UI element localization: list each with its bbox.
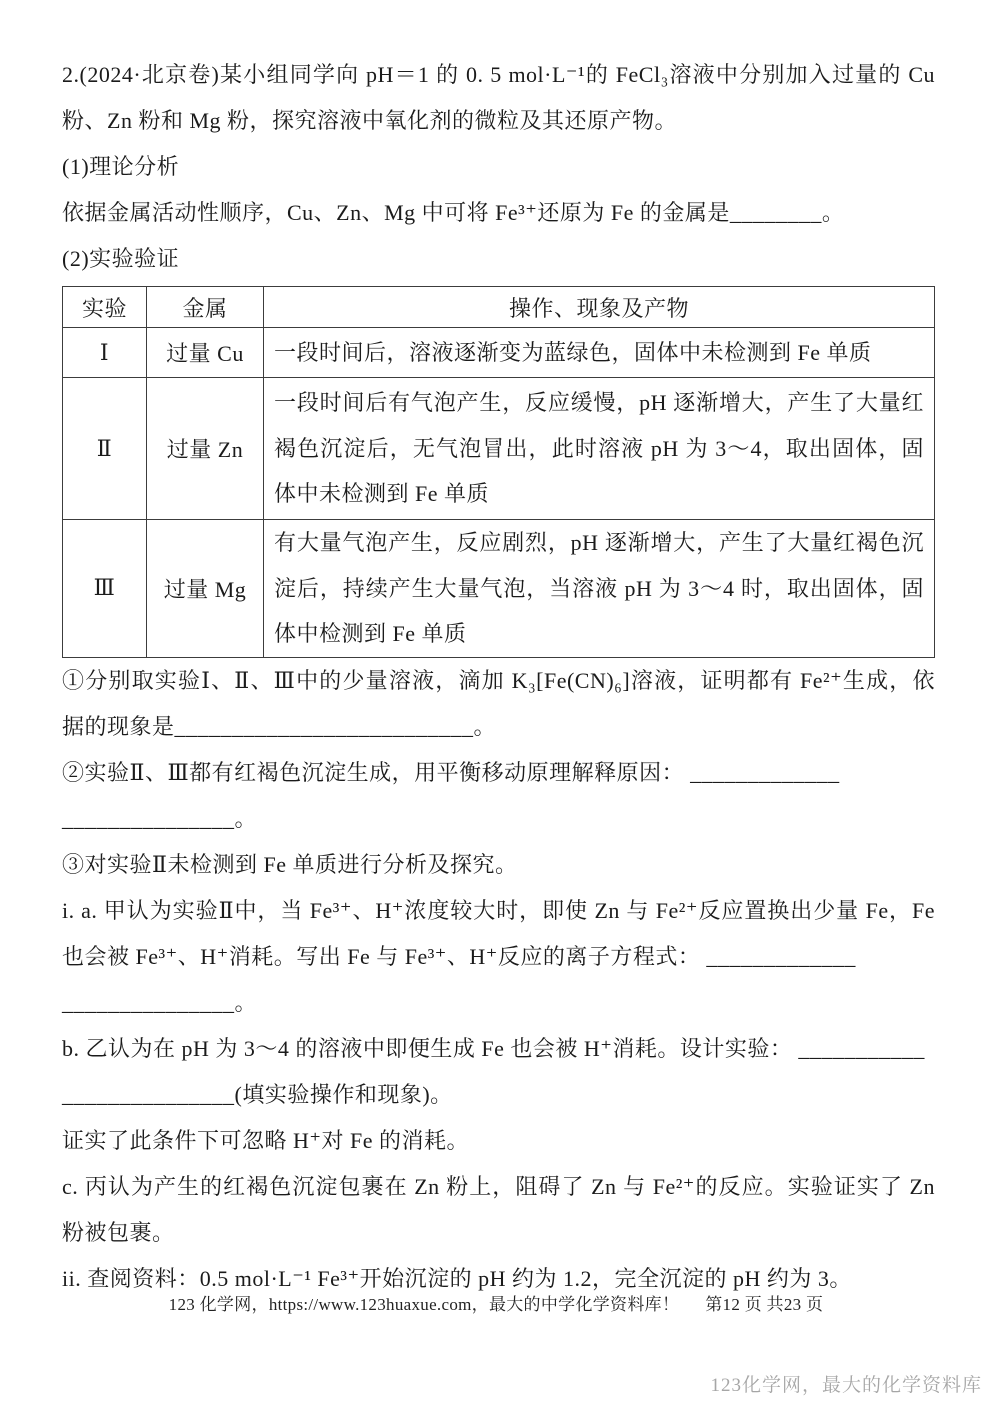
watermark-text: 123化学网，最大的化学资料库 [710, 1370, 982, 1397]
exam-page: 2.(2024·北京卷)某小组同学向 pH＝1 的 0. 5 mol·L⁻¹的 … [0, 0, 992, 1403]
observation-cell: 一段时间后有气泡产生，反应缓慢，pH 逐渐增大，产生了大量红褐色沉淀后，无气泡冒… [264, 378, 935, 520]
question-stem-line-1: 2.(2024·北京卷)某小组同学向 pH＝1 的 0. 5 mol·L⁻¹的 … [62, 52, 935, 98]
note-1-line-2: 据的现象是__________________________。 [62, 704, 935, 750]
note-3-heading: ③对实验Ⅱ未检测到 Fe 单质进行分析及探究。 [62, 842, 935, 888]
observation-cell: 一段时间后，溶液逐渐变为蓝绿色，固体中未检测到 Fe 单质 [264, 328, 935, 378]
question-stem-line-2: 粉、Zn 粉和 Mg 粉，探究溶液中氧化剂的微粒及其还原产物。 [62, 98, 935, 144]
table-row: Ⅰ 过量 Cu 一段时间后，溶液逐渐变为蓝绿色，固体中未检测到 Fe 单质 [63, 328, 935, 378]
table-header-metal: 金属 [147, 287, 264, 328]
footer-site-text: 123 化学网，https://www.123huaxue.com，最大的中学化… [169, 1295, 680, 1314]
hypothesis-b-conclusion: 证实了此条件下可忽略 H⁺对 Fe 的消耗。 [62, 1118, 935, 1164]
question-block: 2.(2024·北京卷)某小组同学向 pH＝1 的 0. 5 mol·L⁻¹的 … [62, 52, 935, 1302]
observation-cell: 有大量气泡产生，反应剧烈，pH 逐渐增大，产生了大量红褐色沉淀后，持续产生大量气… [264, 520, 935, 658]
note-2-line-1: ②实验Ⅱ、Ⅲ都有红褐色沉淀生成，用平衡移动原理解释原因： ___________… [62, 750, 935, 796]
metal-cell: 过量 Mg [147, 520, 264, 658]
note-1-line-1: ①分别取实验Ⅰ、Ⅱ、Ⅲ中的少量溶液，滴加 K₃[Fe(CN)₆]溶液，证明都有 … [62, 658, 935, 704]
table-header-experiment: 实验 [63, 287, 147, 328]
experiment-table: 实验 金属 操作、现象及产物 Ⅰ 过量 Cu 一段时间后，溶液逐渐变为蓝绿色，固… [62, 286, 935, 658]
table-header-observation: 操作、现象及产物 [264, 287, 935, 328]
hypothesis-b-line-2: _______________(填实验操作和现象)。 [62, 1072, 935, 1118]
hypothesis-b-line-1: b. 乙认为在 pH 为 3～4 的溶液中即便生成 Fe 也会被 H⁺消耗。设计… [62, 1026, 935, 1072]
hypothesis-c-line-1: c. 丙认为产生的红褐色沉淀包裹在 Zn 粉上，阻碍了 Zn 与 Fe²⁺的反应… [62, 1164, 935, 1210]
footer: 123 化学网，https://www.123huaxue.com，最大的中学化… [0, 1288, 992, 1322]
table-row: Ⅱ 过量 Zn 一段时间后有气泡产生，反应缓慢，pH 逐渐增大，产生了大量红褐色… [63, 378, 935, 520]
footer-page-number: 第12 页 共23 页 [705, 1295, 823, 1314]
part-2-heading: (2)实验验证 [62, 236, 935, 282]
table-header-row: 实验 金属 操作、现象及产物 [63, 287, 935, 328]
hypothesis-a-line-2: 也会被 Fe³⁺、H⁺消耗。写出 Fe 与 Fe³⁺、H⁺反应的离子方程式： _… [62, 934, 935, 980]
hypothesis-a-line-3: _______________。 [62, 980, 935, 1026]
hypothesis-c-line-2: 粉被包裹。 [62, 1210, 935, 1256]
part-1-heading: (1)理论分析 [62, 144, 935, 190]
note-2-line-2: _______________。 [62, 796, 935, 842]
metal-cell: 过量 Zn [147, 378, 264, 520]
theory-analysis-line: 依据金属活动性顺序，Cu、Zn、Mg 中可将 Fe³⁺还原为 Fe 的金属是__… [62, 190, 935, 236]
experiment-number-cell: Ⅲ [63, 520, 147, 658]
table-row: Ⅲ 过量 Mg 有大量气泡产生，反应剧烈，pH 逐渐增大，产生了大量红褐色沉淀后… [63, 520, 935, 658]
experiment-number-cell: Ⅱ [63, 378, 147, 520]
experiment-number-cell: Ⅰ [63, 328, 147, 378]
hypothesis-a-line-1: i. a. 甲认为实验Ⅱ中，当 Fe³⁺、H⁺浓度较大时，即使 Zn 与 Fe²… [62, 888, 935, 934]
metal-cell: 过量 Cu [147, 328, 264, 378]
